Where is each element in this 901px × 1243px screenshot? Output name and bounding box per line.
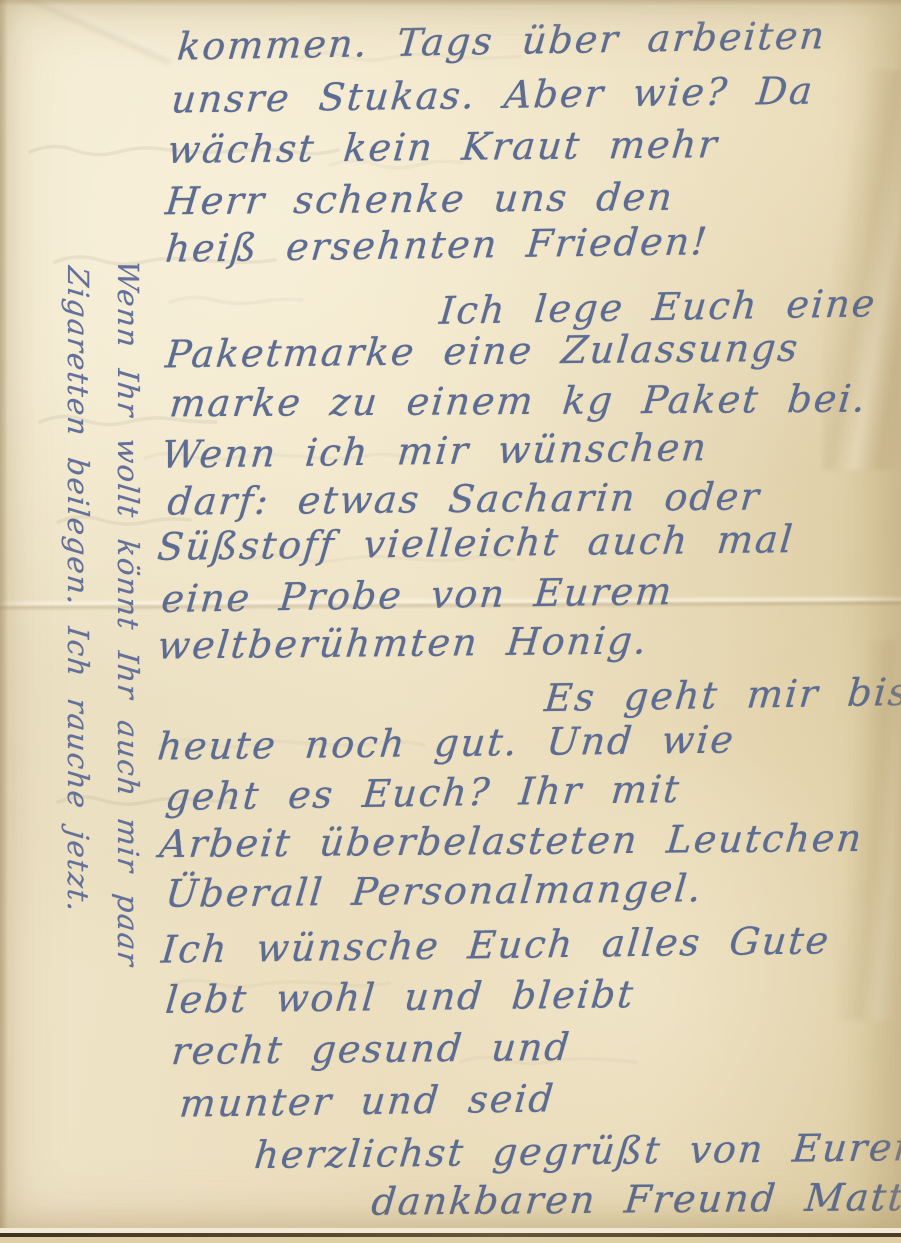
handwritten-line: herzlichst gegrüßt von Eurem bbox=[253, 1128, 901, 1174]
handwritten-line: unsre Stukas. Aber wie? Da bbox=[170, 72, 816, 119]
scanned-letter-page: kommen. Tags über arbeiten unsre Stukas.… bbox=[0, 0, 901, 1243]
handwritten-line: munter und seid bbox=[178, 1079, 557, 1122]
handwritten-line: Ich lege Euch eine bbox=[438, 284, 878, 330]
handwritten-line: Wenn ich mir wünschen bbox=[160, 428, 710, 474]
handwritten-line: Es geht mir bis bbox=[543, 673, 901, 717]
under-sheet bbox=[0, 1237, 901, 1243]
letter-paper: kommen. Tags über arbeiten unsre Stukas.… bbox=[0, 0, 901, 1228]
handwritten-line: weltberühmten Honig. bbox=[156, 621, 650, 664]
handwritten-line: marke zu einem kg Paket bei. bbox=[168, 380, 869, 423]
handwritten-signature-line: dankbaren Freund Matthias bbox=[370, 1177, 901, 1220]
handwritten-line: wächst kein Kraut mehr bbox=[166, 125, 720, 169]
top-scan-edge bbox=[0, 0, 901, 6]
margin-note-line: Wenn Ihr wollt könnt Ihr auch mir paar bbox=[113, 259, 142, 969]
handwritten-line: geht es Euch? Ihr mit bbox=[164, 770, 682, 816]
corner-crease bbox=[0, 0, 173, 64]
handwritten-line: Ich wünsche Euch alles Gute bbox=[160, 921, 832, 968]
handwritten-line: darf: etwas Sacharin oder bbox=[166, 477, 763, 520]
handwritten-line: heute noch gut. Und wie bbox=[156, 720, 737, 765]
handwritten-line: lebt wohl und bleibt bbox=[164, 975, 637, 1019]
handwritten-line: kommen. Tags über arbeiten bbox=[176, 16, 828, 65]
handwritten-line: recht gesund und bbox=[170, 1028, 573, 1070]
handwritten-line: eine Probe von Eurem bbox=[160, 572, 675, 618]
handwritten-line: Überall Personalmangel. bbox=[164, 869, 705, 913]
handwritten-line: Herr schenke uns den bbox=[164, 178, 676, 220]
margin-note-line: Zigaretten beilegen. Ich rauche jetzt. bbox=[63, 265, 92, 915]
left-scan-edge bbox=[0, 0, 8, 1228]
handwritten-line: heiß ersehnten Frieden! bbox=[164, 222, 710, 268]
handwritten-line: Süßstoff vielleicht auch mal bbox=[156, 520, 796, 566]
handwritten-line: Arbeit überbelasteten Leutchen bbox=[158, 819, 865, 863]
handwritten-line: Paketmarke eine Zulassungs bbox=[164, 329, 801, 374]
